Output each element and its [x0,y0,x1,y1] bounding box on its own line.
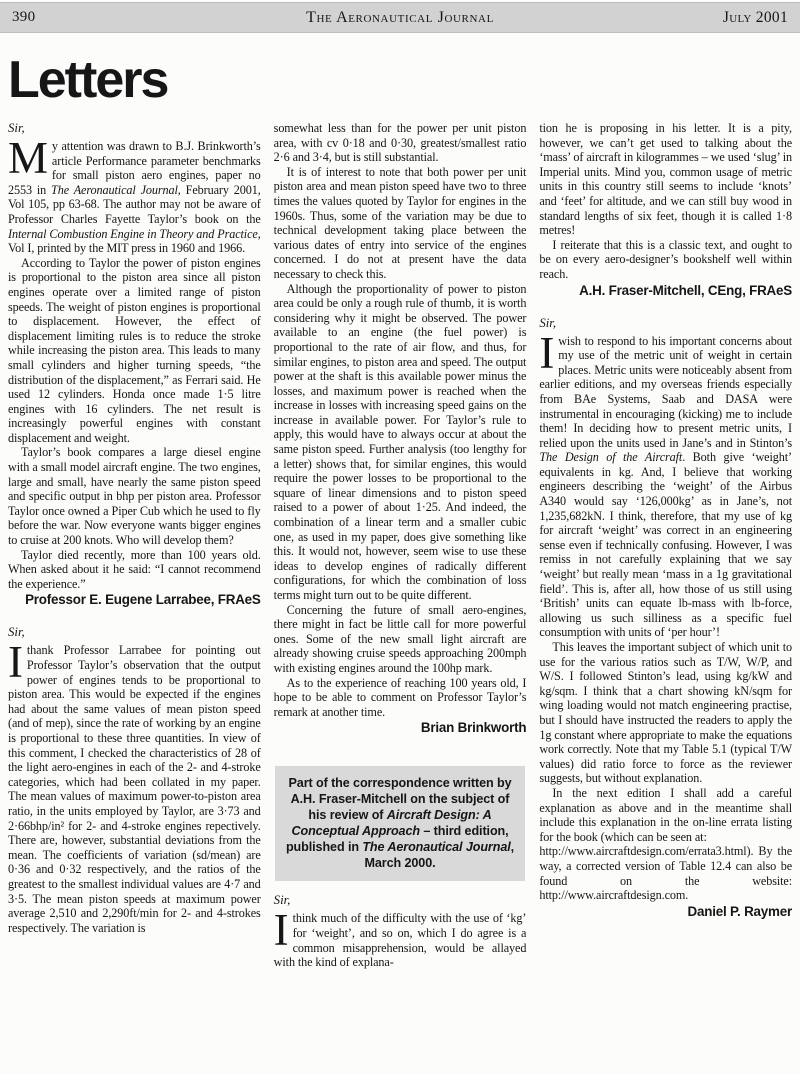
text-run: thank Professor Larrabee for pointing ou… [8,643,261,934]
letter-paragraph: It is of interest to note that both powe… [274,165,527,282]
letter-opening-paragraph: Ithank Professor Larrabee for pointing o… [8,643,261,935]
italic-text-run: The Design of the Aircraft [539,450,682,464]
letter-paragraph: Taylor died recently, more than 100 year… [8,548,261,592]
text-run: Concerning the future of small aero-engi… [274,603,527,675]
text-run: wish to respond to his important concern… [539,334,792,450]
text-run: somewhat less than for the power per uni… [274,121,527,164]
letter-paragraph: In the next edition I shall add a carefu… [539,786,792,903]
editor-note-box: Part of the correspondence written by A.… [275,766,526,881]
text-run: tion he is proposing in his letter. It i… [539,121,792,237]
letter-paragraph: This leaves the important subject of whi… [539,640,792,786]
italic-text-run: The Aeronautical Journal [362,840,510,854]
text-run: Taylor died recently, more than 100 year… [8,548,261,591]
journal-title: The Aeronautical Journal [0,9,800,27]
letter-signature: Brian Brinkworth [274,720,527,736]
letter-opening-paragraph: Iwish to respond to his important concer… [539,334,792,640]
italic-text-run: The Aeronautical Journal [51,183,178,197]
letter-paragraph: According to Taylor the power of piston … [8,256,261,446]
text-run: think much of the difficulty with the us… [274,911,527,969]
letter-signature: A.H. Fraser-Mitchell, CEng, FRAeS [539,283,792,299]
text-run: As to the experience of reaching 100 yea… [274,676,527,719]
drop-cap: I [8,643,27,680]
letter-salutation: Sir, [8,625,261,640]
letter-paragraph: somewhat less than for the power per uni… [274,121,527,165]
letters-columns: Sir,My attention was drawn to B.J. Brink… [8,121,792,970]
letter-paragraph: Concerning the future of small aero-engi… [274,603,527,676]
text-run: Although the proportionality of power to… [274,282,527,602]
letter-paragraph: Although the proportionality of power to… [274,282,527,603]
text-run: . Both give ‘weight’ equivalents in kg. … [539,450,792,639]
page-header: 390 The Aeronautical Journal July 2001 [0,2,800,33]
text-run: http://www.aircraftdesign.com/errata3.ht… [539,844,792,902]
text-run: In the next edition I shall add a carefu… [539,786,792,844]
column-1: Sir,My attention was drawn to B.J. Brink… [8,121,261,970]
letter-paragraph: Taylor’s book compares a large diesel en… [8,445,261,547]
letter-paragraph: I reiterate that this is a classic text,… [539,238,792,282]
column-2: somewhat less than for the power per uni… [274,121,527,970]
letter-paragraph: As to the experience of reaching 100 yea… [274,676,527,720]
text-run: I reiterate that this is a classic text,… [539,238,792,281]
letter-opening-paragraph: My attention was drawn to B.J. Brinkwort… [8,139,261,256]
letter-paragraph: tion he is proposing in his letter. It i… [539,121,792,238]
letter-opening-paragraph: Ithink much of the difficulty with the u… [274,911,527,969]
letter-signature: Professor E. Eugene Larrabee, FRAeS [8,592,261,608]
drop-cap: M [8,139,52,176]
text-run: Taylor’s book compares a large diesel en… [8,445,261,547]
letter-signature: Daniel P. Raymer [539,904,792,920]
letter-salutation: Sir, [539,316,792,331]
italic-text-run: Internal Combustion Engine in Theory and… [8,227,258,241]
letter-salutation: Sir, [274,893,527,908]
column-3: tion he is proposing in his letter. It i… [539,121,792,970]
page-title: Letters [8,54,800,106]
text-run: This leaves the important subject of whi… [539,640,792,785]
text-run: According to Taylor the power of piston … [8,256,261,445]
drop-cap: I [539,334,558,371]
drop-cap: I [274,911,293,948]
text-run: It is of interest to note that both powe… [274,165,527,281]
